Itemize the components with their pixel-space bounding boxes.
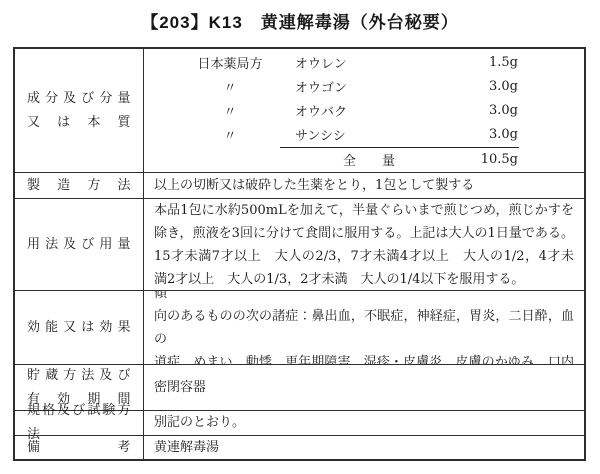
label-ingredients-line2: 又は本質 xyxy=(27,111,131,135)
total-amount: 10.5g xyxy=(462,152,518,167)
ingredients-list: 日本薬局方 オウレン 1.5g 〃 オウゴン 3.0g 〃 オウバク 3.0g xyxy=(144,50,584,172)
remarks-text: 黄連解毒湯 xyxy=(144,437,584,459)
dosage-content: 本品1包に水約500mLを加えて，半量ぐらいまで煎じつめ，煎じかすを 除き，煎液… xyxy=(144,199,584,290)
efficacy-line: 向のあるものの次の諸症：鼻出血，不眠症，神経症，胃炎，二日酔，血の xyxy=(144,305,584,351)
ingredient-row: 〃 サンシシ 3.0g xyxy=(144,123,584,147)
ditto-mark: 〃 xyxy=(144,101,264,120)
ingredients-content: 日本薬局方 オウレン 1.5g 〃 オウゴン 3.0g 〃 オウバク 3.0g xyxy=(144,49,584,172)
total-label: 全 量 xyxy=(264,150,462,169)
efficacy-line: 体力中等度以上で，のぼせぎみで顔色赤く，いらいらして落ち着かない傾 xyxy=(144,291,584,305)
manufacture-text: 以上の切断又は破砕した生薬をとり，1包として製する xyxy=(144,175,584,197)
label-dosage-text: 用法及び用量 xyxy=(27,233,131,257)
efficacy-content: 体力中等度以上で，のぼせぎみで顔色赤く，いらいらして落ち着かない傾 向のあるもの… xyxy=(144,291,584,364)
label-efficacy: 効能又は効果 xyxy=(15,291,144,364)
row-spec: 規格及び試験方法 別記のとおり。 xyxy=(15,410,584,435)
ditto-mark: 〃 xyxy=(144,125,264,144)
row-ingredients: 成分及び分量 又は本質 日本薬局方 オウレン 1.5g 〃 オウゴン 3.0g xyxy=(15,49,584,172)
dosage-line: 除き，煎液を3回に分けて食間に服用する。上記は大人の1日量である。 xyxy=(144,222,584,245)
ingredient-amount: 3.0g xyxy=(462,103,518,118)
manufacture-content: 以上の切断又は破砕した生薬をとり，1包として製する xyxy=(144,173,584,198)
spec-text: 別記のとおり。 xyxy=(144,412,584,434)
ingredient-name: オウレン xyxy=(264,53,462,72)
row-manufacture: 製造方法 以上の切断又は破砕した生薬をとり，1包として製する xyxy=(15,172,584,198)
ingredient-amount: 1.5g xyxy=(462,55,518,70)
spec-content: 別記のとおり。 xyxy=(144,411,584,435)
ditto-mark: 〃 xyxy=(144,77,264,96)
total-row: 全 量 10.5g xyxy=(144,148,584,172)
ingredient-row: 〃 オウバク 3.0g xyxy=(144,99,584,123)
label-manufacture-text: 製造方法 xyxy=(27,174,131,198)
label-manufacture: 製造方法 xyxy=(15,173,144,198)
ingredient-row: 日本薬局方 オウレン 1.5g xyxy=(144,51,584,75)
drug-approval-table: 成分及び分量 又は本質 日本薬局方 オウレン 1.5g 〃 オウゴン 3.0g xyxy=(13,47,586,461)
document-page: 【203】K13 黄連解毒湯（外台秘要） 成分及び分量 又は本質 日本薬局方 オ… xyxy=(0,0,600,474)
label-dosage: 用法及び用量 xyxy=(15,199,144,290)
label-efficacy-text: 効能又は効果 xyxy=(27,316,131,340)
dosage-line: 15才未満7才以上 大人の2/3，7才未満4才以上 大人の1/2，4才未 xyxy=(144,245,584,268)
remarks-content: 黄連解毒湯 xyxy=(144,436,584,459)
label-ingredients: 成分及び分量 又は本質 xyxy=(15,49,144,172)
storage-content: 密閉容器 xyxy=(144,365,584,410)
label-remarks-text: 備考 xyxy=(27,436,131,460)
label-remarks: 備考 xyxy=(15,436,144,459)
ingredient-name: サンシシ xyxy=(264,125,462,144)
row-dosage: 用法及び用量 本品1包に水約500mLを加えて，半量ぐらいまで煎じつめ，煎じかす… xyxy=(15,198,584,290)
label-storage-line1: 貯蔵方法及び xyxy=(27,364,131,388)
dosage-line: 満2才以上 大人の1/3，2才未満 大人の1/4以下を服用する。 xyxy=(144,268,584,291)
ingredient-amount: 3.0g xyxy=(462,79,518,94)
efficacy-line: 道症，めまい，動悸，更年期障害，湿疹・皮膚炎，皮膚のかゆみ，口内炎 xyxy=(144,351,584,365)
row-efficacy: 効能又は効果 体力中等度以上で，のぼせぎみで顔色赤く，いらいらして落ち着かない傾… xyxy=(15,290,584,364)
label-spec: 規格及び試験方法 xyxy=(15,411,144,435)
row-remarks: 備考 黄連解毒湯 xyxy=(15,435,584,459)
page-title: 【203】K13 黄連解毒湯（外台秘要） xyxy=(0,8,600,33)
pharmacopoeia-label: 日本薬局方 xyxy=(144,53,264,72)
ingredient-name: オウバク xyxy=(264,101,462,120)
label-ingredients-line1: 成分及び分量 xyxy=(27,87,131,111)
storage-text: 密閉容器 xyxy=(144,377,584,399)
ingredient-name: オウゴン xyxy=(264,77,462,96)
ingredient-amount: 3.0g xyxy=(462,127,518,142)
dosage-line: 本品1包に水約500mLを加えて，半量ぐらいまで煎じつめ，煎じかすを xyxy=(144,199,584,222)
ingredient-row: 〃 オウゴン 3.0g xyxy=(144,75,584,99)
